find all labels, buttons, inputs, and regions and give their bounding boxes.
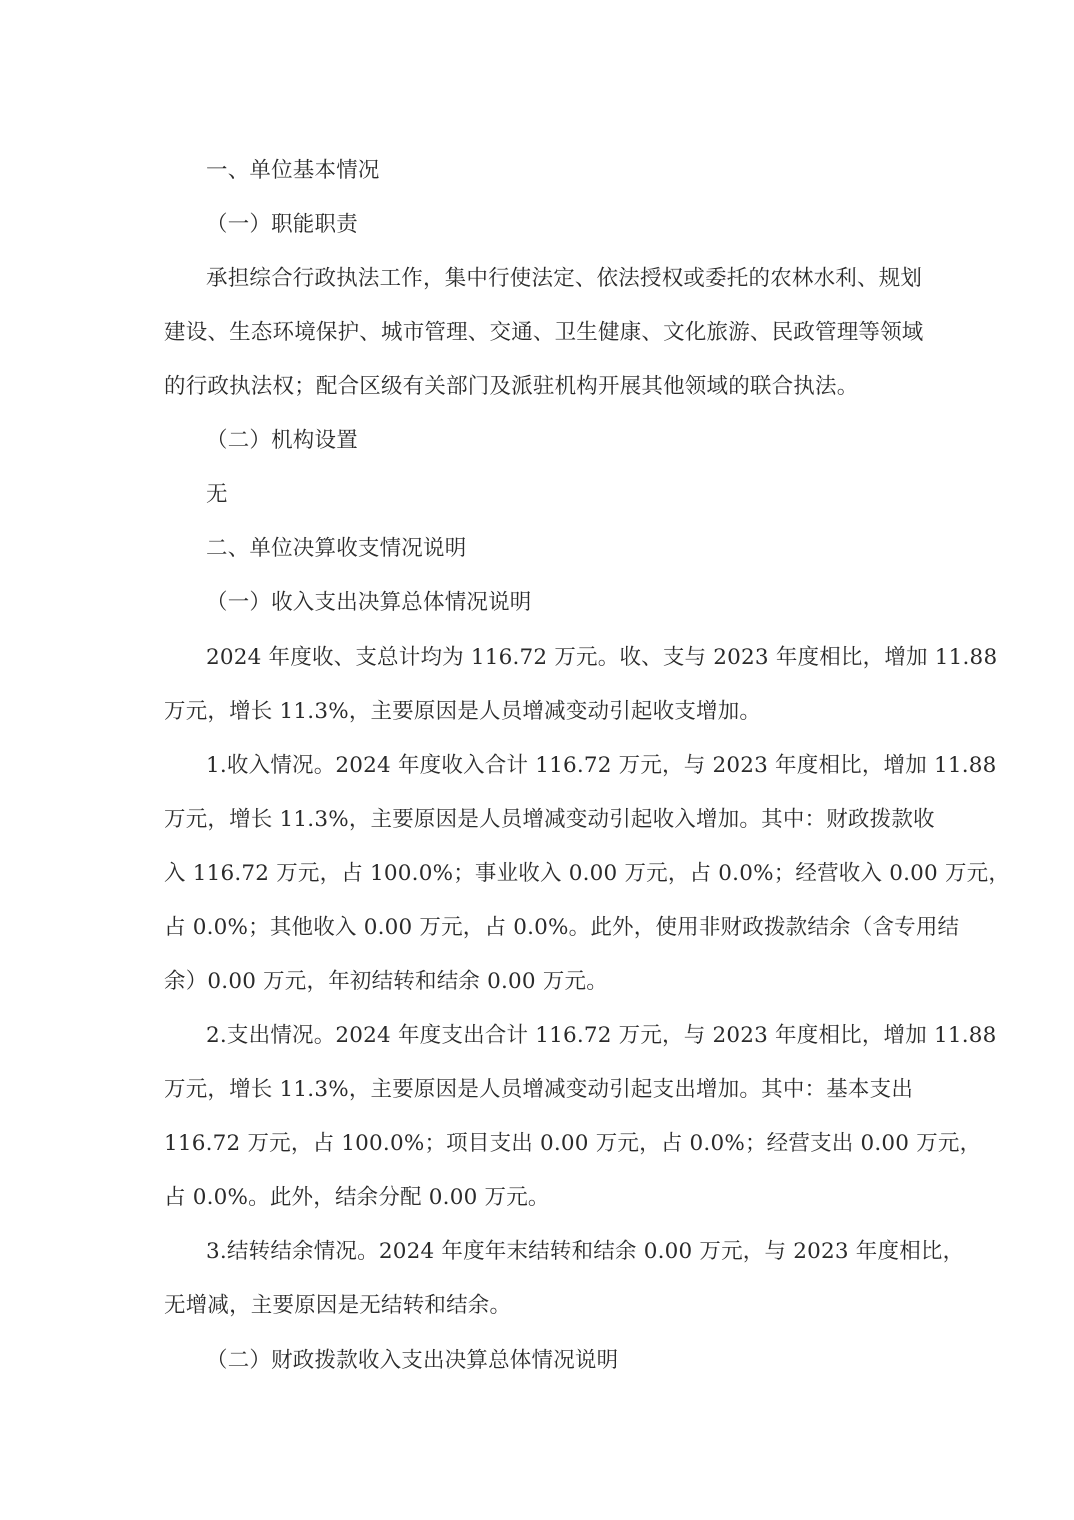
paragraph-functions-line-3: 的行政执法权；配合区级有关部门及派驻机构开展其他领域的联合执法。 [164,372,914,402]
document-page: 一、单位基本情况 （一）职能职责 承担综合行政执法工作，集中行使法定、依法授权或… [0,0,1074,1520]
paragraph-income-line-1: 1.收入情况。2024 年度收入合计 116.72 万元，与 2023 年度相比… [206,751,914,781]
subsection-heading-org-structure: （二）机构设置 [206,426,956,456]
paragraph-functions-line-2: 建设、生态环境保护、城市管理、交通、卫生健康、文化旅游、民政管理等领域 [164,318,914,348]
paragraph-functions-line-1: 承担综合行政执法工作，集中行使法定、依法授权或委托的农林水利、规划 [206,264,914,294]
subsection-heading-fiscal-appropriation: （二）财政拨款收入支出决算总体情况说明 [206,1346,956,1376]
subsection-heading-functions: （一）职能职责 [206,210,956,240]
paragraph-carryover-line-2: 无增减，主要原因是无结转和结余。 [164,1291,914,1321]
paragraph-overall-line-1: 2024 年度收、支总计均为 116.72 万元。收、支与 2023 年度相比，… [206,643,914,673]
paragraph-expense-line-3: 116.72 万元，占 100.0%；项目支出 0.00 万元，占 0.0%；经… [164,1129,914,1159]
paragraph-overall-line-2: 万元，增长 11.3%，主要原因是人员增减变动引起收支增加。 [164,697,914,727]
paragraph-expense-line-4: 占 0.0%。此外，结余分配 0.00 万元。 [164,1183,914,1213]
section-heading-budget-explanation: 二、单位决算收支情况说明 [206,534,956,564]
paragraph-expense-line-2: 万元，增长 11.3%，主要原因是人员增减变动引起支出增加。其中：基本支出 [164,1075,914,1105]
paragraph-income-line-4: 占 0.0%；其他收入 0.00 万元，占 0.0%。此外，使用非财政拨款结余（… [164,913,914,943]
paragraph-expense-line-1: 2.支出情况。2024 年度支出合计 116.72 万元，与 2023 年度相比… [206,1021,914,1051]
paragraph-income-line-5: 余）0.00 万元，年初结转和结余 0.00 万元。 [164,967,914,997]
subsection-heading-overall-income-expense: （一）收入支出决算总体情况说明 [206,588,956,618]
paragraph-income-line-2: 万元，增长 11.3%，主要原因是人员增减变动引起收入增加。其中：财政拨款收 [164,805,914,835]
paragraph-carryover-line-1: 3.结转结余情况。2024 年度年末结转和结余 0.00 万元，与 2023 年… [206,1237,914,1267]
paragraph-org-structure: 无 [206,480,956,510]
section-heading-unit-basic-info: 一、单位基本情况 [206,156,956,186]
paragraph-income-line-3: 入 116.72 万元，占 100.0%；事业收入 0.00 万元，占 0.0%… [164,859,914,889]
